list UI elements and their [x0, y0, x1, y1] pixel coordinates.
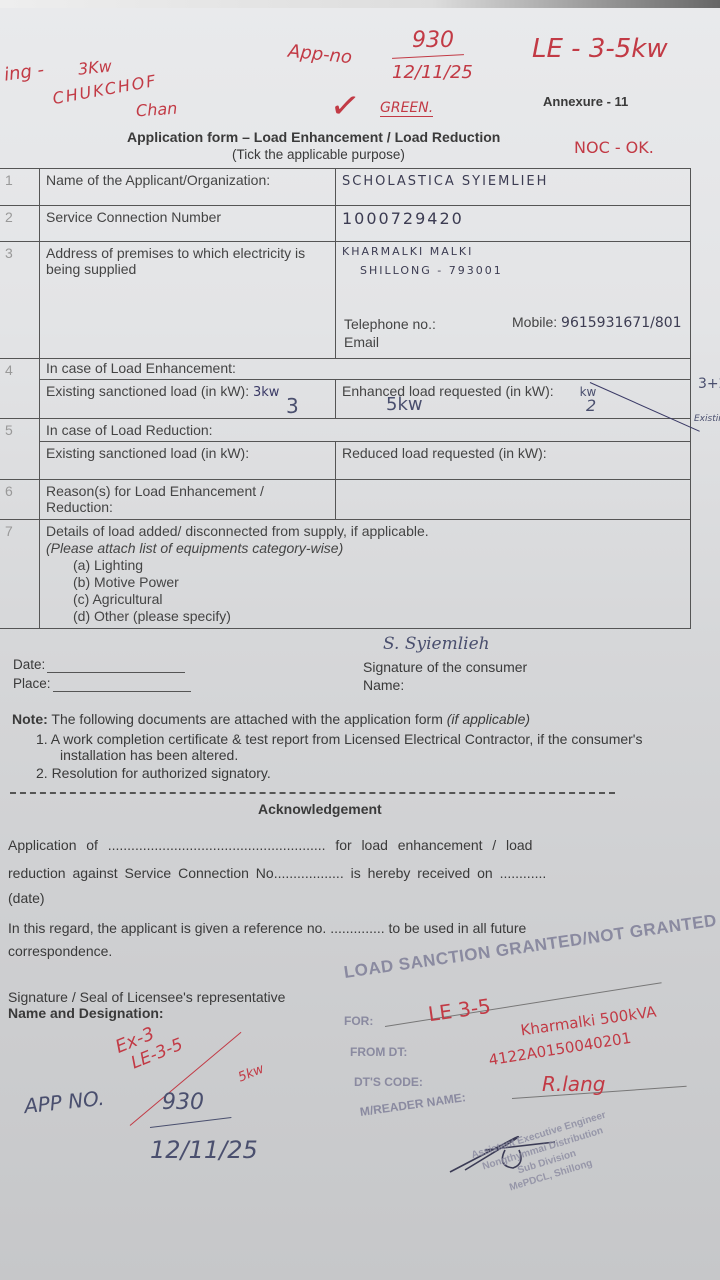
green-note: GREEN. — [380, 100, 433, 117]
load-details-sublabel: (Please attach list of equipments catego… — [46, 540, 684, 557]
date-underline — [47, 657, 185, 673]
dashed-divider — [10, 792, 615, 794]
application-form-table: 1 Name of the Applicant/Organization: SC… — [0, 168, 691, 629]
load-details-cell[interactable]: Details of load added/ disconnected from… — [40, 520, 691, 629]
enhanced-load-hand-2: 2 — [586, 396, 596, 415]
consumer-signature: S. Syiemlieh — [383, 634, 490, 654]
licensee-signature-label: Signature / Seal of Licensee's represent… — [8, 989, 285, 1005]
stamp-reader-label: M/READER NAME: — [359, 1090, 467, 1119]
reason-field[interactable] — [336, 480, 691, 520]
date-label: Date: — [13, 657, 45, 672]
load-enhancement-label: In case of Load Enhancement: — [40, 359, 691, 380]
place-label: Place: — [13, 676, 51, 691]
handwritten-3kw: 3Kw — [77, 56, 113, 78]
date-field[interactable]: Date: — [13, 657, 185, 673]
noc-ok-note: NOC - OK. — [574, 138, 654, 157]
applicant-name-field[interactable]: SCHOLASTICA SYIEMLIEH — [336, 169, 691, 206]
existing-load-field[interactable]: Existing sanctioned load (in kW): 3kw 3 — [40, 380, 336, 419]
applicant-name-value: SCHOLASTICA SYIEMLIEH — [342, 174, 548, 189]
place-field[interactable]: Place: — [13, 676, 191, 692]
row-number: 3 — [0, 242, 40, 359]
stamp-for-label: FOR: — [344, 1014, 373, 1028]
address-line-2: SHILLONG - 793001 — [360, 264, 684, 277]
ack-line-2: reduction against Service Connection No.… — [8, 865, 546, 881]
address-field[interactable]: KHARMALKI MALKI SHILLONG - 793001 Teleph… — [336, 242, 691, 359]
form-row-3: 3 Address of premises to which electrici… — [0, 242, 691, 359]
existing-load-hand-2: 3 — [286, 394, 299, 418]
form-title: Application form – Load Enhancement / Lo… — [127, 129, 500, 145]
handwritten-chan: Chan — [135, 99, 177, 121]
reduced-load-field[interactable]: Reduced load requested (in kW): — [336, 442, 691, 480]
row-number: 6 — [0, 480, 40, 520]
form-row-4-header: 4 In case of Load Enhancement: — [0, 359, 691, 380]
service-connection-value: 1000729420 — [342, 209, 464, 228]
signature-label: Signature of the consumer — [363, 659, 527, 675]
acknowledgement-title: Acknowledgement — [258, 801, 382, 817]
app-no-label-bottom: APP NO. — [23, 1086, 105, 1118]
note-item-2: 2. Resolution for authorized signatory. — [36, 765, 271, 781]
category-other: (d) Other (please specify) — [73, 608, 684, 625]
enhanced-load-label: Enhanced load requested (in kW): — [342, 383, 554, 399]
email-label: Email — [344, 334, 379, 350]
enhanced-load-field[interactable]: Enhanced load requested (in kW): kw 5kw … — [336, 380, 691, 419]
stamp-for-value[interactable]: LE 3-5 — [427, 994, 493, 1027]
form-row-1: 1 Name of the Applicant/Organization: SC… — [0, 169, 691, 206]
name-label: Name: — [363, 677, 404, 693]
load-code-note: LE - 3-5kw — [532, 34, 668, 64]
ack-line-4: In this regard, the applicant is given a… — [8, 920, 526, 936]
fraction-line-bottom — [150, 1117, 232, 1128]
mobile-field[interactable]: Mobile: 9615931671/801 — [512, 314, 682, 331]
mobile-label: Mobile: — [512, 314, 557, 330]
app-no-date: 12/11/25 — [392, 62, 473, 83]
licensee-name-label: Name and Designation: — [8, 1005, 164, 1021]
ack-line-1: Application of .........................… — [8, 837, 532, 853]
existing-load-label: Existing sanctioned load (in kW): — [46, 383, 249, 399]
row-number: 1 — [0, 169, 40, 206]
form-row-7: 7 Details of load added/ disconnected fr… — [0, 520, 691, 629]
reduced-load-label: Reduced load requested (in kW): — [342, 445, 547, 461]
ack-line-5: correspondence. — [8, 943, 112, 959]
handwritten-5kw: 5kw — [236, 1062, 266, 1086]
stamp-from-label: FROM DT: — [350, 1045, 407, 1059]
reduction-existing-label: Existing sanctioned load (in kW): — [46, 445, 249, 461]
form-row-4-values: Existing sanctioned load (in kW): 3kw 3 … — [0, 380, 691, 419]
note-text-italic: (if applicable) — [447, 711, 530, 727]
stamp-reader-value[interactable]: R.lang — [542, 1072, 605, 1096]
margin-note-left: ing - — [3, 59, 46, 85]
form-row-5-values: Existing sanctioned load (in kW): Reduce… — [0, 442, 691, 480]
fraction-line — [392, 54, 464, 59]
load-details-label: Details of load added/ disconnected from… — [46, 523, 684, 540]
margin-note-3plus2: 3+2 — [698, 376, 720, 392]
form-row-2: 2 Service Connection Number 1000729420 — [0, 206, 691, 242]
margin-note-existing: Existing — [694, 414, 720, 424]
address-line-1: KHARMALKI MALKI — [342, 245, 684, 258]
row-number: 2 — [0, 206, 40, 242]
service-connection-field[interactable]: 1000729420 — [336, 206, 691, 242]
form-subtitle: (Tick the applicable purpose) — [232, 147, 405, 162]
place-underline — [53, 676, 191, 692]
note-item-1: 1. A work completion certificate & test … — [36, 731, 685, 763]
stamp-dt-code-label: DT'S CODE: — [354, 1075, 423, 1089]
stamp-from-value[interactable]: Kharmalki 500kVA — [519, 1003, 657, 1040]
load-reduction-label: In case of Load Reduction: — [40, 419, 691, 442]
note-section: Note: The following documents are attach… — [12, 711, 530, 727]
app-no-value-bottom: 930 — [162, 1090, 204, 1115]
mobile-value: 9615931671/801 — [561, 315, 682, 331]
telephone-label: Telephone no.: — [344, 316, 436, 332]
form-row-6: 6 Reason(s) for Load Enhancement / Reduc… — [0, 480, 691, 520]
app-no-label: App-no — [287, 41, 353, 69]
service-connection-label: Service Connection Number — [40, 206, 336, 242]
category-motive-power: (b) Motive Power — [73, 574, 684, 591]
applicant-name-label: Name of the Applicant/Organization: — [40, 169, 336, 206]
category-agricultural: (c) Agricultural — [73, 591, 684, 608]
row-number: 5 — [0, 419, 40, 480]
existing-load-hand-1: 3kw — [253, 385, 279, 400]
row-number: 4 — [0, 359, 40, 419]
note-label: Note: — [12, 711, 48, 727]
category-lighting: (a) Lighting — [73, 557, 684, 574]
reason-label: Reason(s) for Load Enhancement / Reducti… — [40, 480, 336, 520]
note-text: The following documents are attached wit… — [51, 711, 442, 727]
check-mark-icon: ✓ — [327, 84, 363, 129]
row-number: 7 — [0, 520, 40, 629]
app-no-value: 930 — [412, 28, 454, 53]
form-row-5-header: 5 In case of Load Reduction: — [0, 419, 691, 442]
photo-edge-shadow — [0, 0, 720, 8]
reduction-existing-field[interactable]: Existing sanctioned load (in kW): — [40, 442, 336, 480]
ack-line-3: (date) — [8, 890, 45, 906]
stamp-dt-code-value[interactable]: 4122A0150040201 — [487, 1029, 632, 1069]
annexure-label: Annexure - 11 — [543, 94, 628, 109]
enhanced-load-hand-1: 5kw — [386, 394, 423, 415]
app-date-bottom: 12/11/25 — [150, 1136, 258, 1164]
address-label: Address of premises to which electricity… — [40, 242, 336, 359]
